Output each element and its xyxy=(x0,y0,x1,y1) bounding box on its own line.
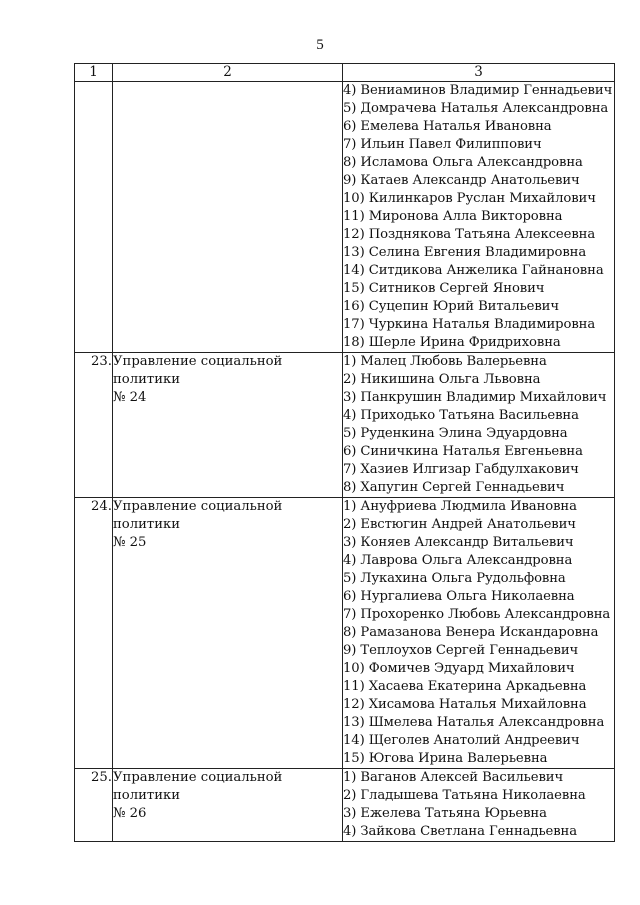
organization-name: Управление социальной политики xyxy=(113,769,342,805)
member-item: 1) Ануфриева Людмила Ивановна xyxy=(343,498,614,516)
member-item: 10) Фомичев Эдуард Михайлович xyxy=(343,660,614,678)
table-row: 24.Управление социальной политики№ 251) … xyxy=(75,498,615,769)
member-item: 6) Нургалиева Ольга Николаевна xyxy=(343,588,614,606)
row-number xyxy=(75,82,113,353)
organization-number: № 24 xyxy=(113,389,342,407)
member-item: 18) Шерле Ирина Фридриховна xyxy=(343,334,614,352)
member-item: 17) Чуркина Наталья Владимировна xyxy=(343,316,614,334)
commission-table: 1 2 3 4) Вениаминов Владимир Геннадьевич… xyxy=(74,63,615,842)
member-item: 14) Щеголев Анатолий Андреевич xyxy=(343,732,614,750)
table-row: 23.Управление социальной политики№ 241) … xyxy=(75,353,615,498)
members-cell: 4) Вениаминов Владимир Геннадьевич5) Дом… xyxy=(343,82,615,353)
member-item: 2) Евстюгин Андрей Анатольевич xyxy=(343,516,614,534)
member-item: 1) Малец Любовь Валерьевна xyxy=(343,353,614,371)
member-item: 4) Лаврова Ольга Александровна xyxy=(343,552,614,570)
header-row: 1 2 3 xyxy=(75,64,615,82)
organization-cell: Управление социальной политики№ 24 xyxy=(113,353,343,498)
members-cell: 1) Ваганов Алексей Васильевич2) Гладышев… xyxy=(343,769,615,842)
member-item: 7) Хазиев Илгизар Габдулхакович xyxy=(343,461,614,479)
member-item: 15) Югова Ирина Валерьевна xyxy=(343,750,614,768)
member-item: 11) Хасаева Екатерина Аркадьевна xyxy=(343,678,614,696)
member-item: 9) Теплоухов Сергей Геннадьевич xyxy=(343,642,614,660)
members-cell: 1) Малец Любовь Валерьевна2) Никишина Ол… xyxy=(343,353,615,498)
row-number: 24. xyxy=(75,498,113,769)
column-header-3: 3 xyxy=(343,64,615,82)
member-item: 10) Килинкаров Руслан Михайлович xyxy=(343,190,614,208)
page-number: 5 xyxy=(0,37,640,54)
member-item: 4) Зайкова Светлана Геннадьевна xyxy=(343,823,614,841)
member-item: 5) Лукахина Ольга Рудольфовна xyxy=(343,570,614,588)
member-item: 3) Панкрушин Владимир Михайлович xyxy=(343,389,614,407)
member-item: 6) Синичкина Наталья Евгеньевна xyxy=(343,443,614,461)
member-item: 4) Приходько Татьяна Васильевна xyxy=(343,407,614,425)
column-header-1: 1 xyxy=(75,64,113,82)
member-item: 8) Исламова Ольга Александровна xyxy=(343,154,614,172)
member-item: 8) Рамазанова Венера Искандаровна xyxy=(343,624,614,642)
member-item: 8) Хапугин Сергей Геннадьевич xyxy=(343,479,614,497)
organization-cell: Управление социальной политики№ 25 xyxy=(113,498,343,769)
member-item: 9) Катаев Александр Анатольевич xyxy=(343,172,614,190)
organization-number: № 26 xyxy=(113,805,342,823)
member-item: 11) Миронова Алла Викторовна xyxy=(343,208,614,226)
column-header-2: 2 xyxy=(113,64,343,82)
members-cell: 1) Ануфриева Людмила Ивановна2) Евстюгин… xyxy=(343,498,615,769)
member-item: 6) Емелева Наталья Ивановна xyxy=(343,118,614,136)
member-item: 4) Вениаминов Владимир Геннадьевич xyxy=(343,82,614,100)
organization-cell xyxy=(113,82,343,353)
member-item: 12) Хисамова Наталья Михайловна xyxy=(343,696,614,714)
member-item: 13) Селина Евгения Владимировна xyxy=(343,244,614,262)
member-item: 7) Прохоренко Любовь Александровна xyxy=(343,606,614,624)
member-item: 16) Суцепин Юрий Витальевич xyxy=(343,298,614,316)
member-item: 5) Домрачева Наталья Александровна xyxy=(343,100,614,118)
member-item: 14) Ситдикова Анжелика Гайнановна xyxy=(343,262,614,280)
member-item: 2) Никишина Ольга Львовна xyxy=(343,371,614,389)
member-item: 3) Ежелева Татьяна Юрьевна xyxy=(343,805,614,823)
row-number: 23. xyxy=(75,353,113,498)
organization-number: № 25 xyxy=(113,534,342,552)
member-item: 13) Шмелева Наталья Александровна xyxy=(343,714,614,732)
organization-name: Управление социальной политики xyxy=(113,498,342,534)
member-item: 1) Ваганов Алексей Васильевич xyxy=(343,769,614,787)
table-row: 25.Управление социальной политики№ 261) … xyxy=(75,769,615,842)
table-row: 4) Вениаминов Владимир Геннадьевич5) Дом… xyxy=(75,82,615,353)
member-item: 12) Позднякова Татьяна Алексеевна xyxy=(343,226,614,244)
organization-name: Управление социальной политики xyxy=(113,353,342,389)
member-item: 2) Гладышева Татьяна Николаевна xyxy=(343,787,614,805)
member-item: 5) Руденкина Элина Эдуардовна xyxy=(343,425,614,443)
row-number: 25. xyxy=(75,769,113,842)
member-item: 15) Ситников Сергей Янович xyxy=(343,280,614,298)
member-item: 7) Ильин Павел Филиппович xyxy=(343,136,614,154)
organization-cell: Управление социальной политики№ 26 xyxy=(113,769,343,842)
member-item: 3) Коняев Александр Витальевич xyxy=(343,534,614,552)
